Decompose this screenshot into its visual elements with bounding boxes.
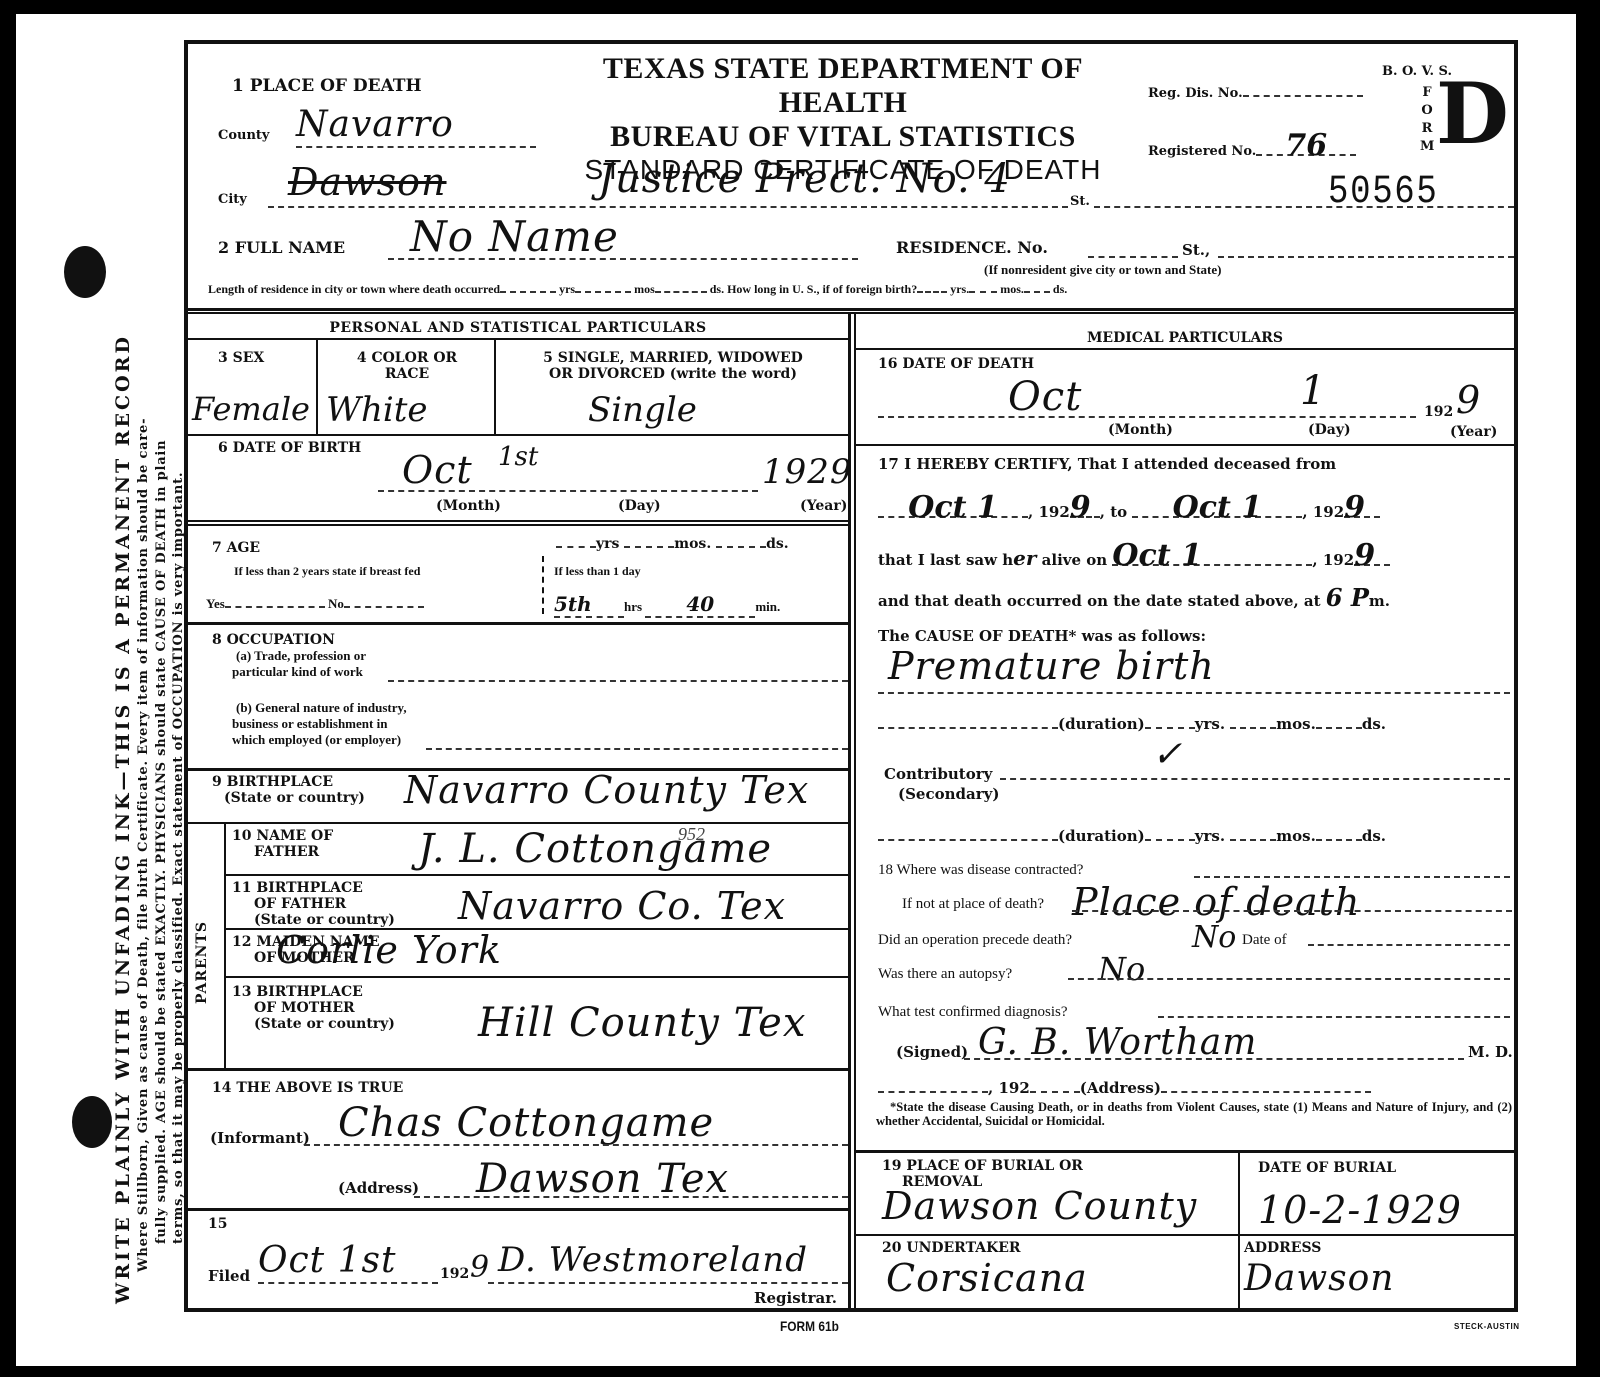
mother-bp-line-3: (State or country): [254, 1016, 395, 1032]
duration-2-ds-label: ds.: [1362, 827, 1386, 845]
father-bp-line-3: (State or country): [254, 912, 395, 928]
autopsy-label: Was there an autopsy?: [878, 966, 1012, 982]
form-vertical-label: FORM: [1420, 84, 1434, 156]
attended-to-field[interactable]: Oct 1: [1132, 500, 1302, 518]
personal-section-title: PERSONAL AND STATISTICAL PARTICULARS: [188, 320, 848, 336]
residence-length-row: Length of residence in city or town wher…: [208, 282, 1067, 297]
mother-bp-line-2: OF MOTHER: [254, 1000, 395, 1016]
md-label: M. D.: [1468, 1044, 1513, 1060]
marital-value[interactable]: Single: [588, 390, 697, 430]
dod-month[interactable]: Oct: [1008, 374, 1082, 420]
registrar-line: [488, 1282, 848, 1284]
residence-length-label: Length of residence in city or town wher…: [208, 282, 500, 296]
occupation-a-line-1: (a) Trade, profession or: [236, 648, 366, 664]
autopsy-value[interactable]: No: [1098, 950, 1145, 988]
age-mos-label: mos.: [674, 536, 711, 552]
row-divider: [188, 1068, 848, 1071]
filed-date-line: [258, 1282, 438, 1284]
father-bp-line-1: 11 BIRTHPLACE: [232, 880, 395, 896]
sig-address-label: (Address): [1080, 1079, 1161, 1097]
residence-yrs-field[interactable]: [500, 291, 556, 293]
printer-mark: STECK-AUSTIN: [1454, 1322, 1520, 1331]
dod-label: 16 DATE OF DEATH: [878, 356, 1034, 372]
certify-text: 17 I HEREBY CERTIFY, That I attended dec…: [878, 456, 1336, 472]
filed-year[interactable]: 9: [470, 1250, 489, 1285]
residence-no-field[interactable]: [1088, 256, 1178, 258]
row-divider: [188, 622, 848, 625]
dod-day[interactable]: 1: [1300, 368, 1326, 414]
file-number: 50565: [1328, 170, 1439, 215]
burial-divider: [1238, 1150, 1240, 1312]
race-marital-divider: [494, 338, 496, 434]
city-struck-value: Dawson: [288, 160, 447, 204]
residence-st-label: St.,: [1182, 242, 1210, 258]
age-hrs-row: 5thhrs 40min.: [554, 592, 780, 618]
informant-value[interactable]: Chas Cottongame: [338, 1100, 714, 1146]
age-yrs-label: yrs: [596, 536, 619, 552]
margin-instruction-line-2: fully supplied. AGE should be stated EXA…: [154, 440, 169, 1244]
occupation-a-line-2: particular kind of work: [232, 664, 366, 680]
mother-birthplace-label: 13 BIRTHPLACEOF MOTHER(State or country): [232, 984, 395, 1032]
full-name-value[interactable]: No Name: [410, 212, 619, 261]
residence-mos-field[interactable]: [575, 291, 631, 293]
duration-1-cause-field[interactable]: [878, 727, 1058, 729]
last-saw-year-prefix: 192: [1323, 551, 1354, 569]
reg-dis-text: Reg. Dis. No.: [1148, 86, 1243, 101]
last-saw-pronoun[interactable]: er: [1013, 546, 1036, 570]
st-line: [1094, 206, 1514, 208]
ink-blot: [64, 246, 106, 298]
race-label-line-2: RACE: [322, 366, 492, 382]
row-divider: [188, 520, 848, 522]
medical-title-divider: [856, 348, 1514, 350]
age-ds-field[interactable]: [716, 546, 766, 548]
attended-to-year-prefix: 192: [1313, 503, 1344, 521]
attended-to-year[interactable]: 9: [1344, 500, 1380, 518]
attended-row: Oct 1, 1929, to Oct 1, 1929: [878, 500, 1380, 520]
dod-year-prefix: 192: [1424, 404, 1453, 420]
informant-heading: 14 THE ABOVE IS TRUE: [212, 1080, 403, 1096]
attended-to-label: to: [1110, 503, 1127, 521]
sig-date-field[interactable]: [878, 1091, 988, 1093]
age-hrs-field[interactable]: 5th: [554, 592, 624, 618]
dob-label: 6 DATE OF BIRTH: [218, 440, 361, 456]
duration-1-mos-field[interactable]: [1230, 727, 1276, 729]
death-time-suffix: m.: [1369, 592, 1390, 610]
informant-line: [304, 1144, 848, 1146]
foreign-yrs-label: yrs.: [950, 282, 969, 296]
attended-from-field[interactable]: Oct 1: [878, 500, 1028, 518]
residence-label: RESIDENCE. No.: [896, 240, 1048, 256]
informant-caption: (Informant): [210, 1130, 310, 1146]
margin-instruction-title: WRITE PLAINLY WITH UNFADING INK—THIS IS …: [112, 334, 134, 1304]
department-title: TEXAS STATE DEPARTMENT OF HEALTH: [538, 52, 1148, 120]
last-saw-date[interactable]: Oct 1: [1112, 548, 1312, 566]
header-divider: [188, 308, 1514, 311]
death-certificate-form: 1 PLACE OF DEATH TEXAS STATE DEPARTMENT …: [184, 40, 1518, 1312]
parents-label: PARENTS: [194, 921, 210, 1004]
county-label: County: [218, 128, 269, 144]
breast-fed-yes-field[interactable]: [225, 606, 325, 608]
duration-row-1: (duration)yrs. mos.ds.: [878, 716, 1386, 732]
sex-value[interactable]: Female: [192, 390, 310, 428]
occupation-b-line-2: business or establishment in: [232, 716, 407, 732]
row-divider-2: [188, 524, 848, 526]
occupation-b-field[interactable]: [426, 748, 848, 750]
age-divider: [542, 556, 544, 614]
dob-day-caption: (Day): [618, 498, 661, 514]
form-number: FORM 61b: [780, 1318, 839, 1334]
residence-yrs-label: yrs: [559, 282, 575, 296]
margin-instruction-line-1: Where Stillborn, Given as cause of Death…: [136, 418, 151, 1272]
undertaker-label: 20 UNDERTAKER: [882, 1240, 1021, 1256]
father-name-value[interactable]: J. L. Cottongame: [418, 826, 772, 872]
row-divider: [224, 976, 848, 978]
breast-fed-no-field[interactable]: [344, 606, 424, 608]
foreign-yrs-field[interactable]: [917, 291, 947, 293]
ink-blot: [72, 1096, 112, 1148]
last-saw-year[interactable]: 9: [1354, 548, 1390, 566]
foreign-birth-label: How long in U. S., if of foreign birth?: [727, 282, 917, 296]
checkmark-icon: ✓: [1152, 734, 1182, 775]
signed-label: (Signed): [896, 1044, 968, 1060]
filed-date[interactable]: Oct 1st: [258, 1240, 396, 1281]
cause-footnote: *State the disease Causing Death, or in …: [876, 1100, 1512, 1128]
dod-year[interactable]: 9: [1456, 378, 1481, 422]
cause-line: [878, 692, 1510, 694]
contracted-label: 18 Where was disease contracted?: [878, 862, 1083, 878]
row-divider: [188, 822, 848, 824]
father-name-label: 10 NAME OFFATHER: [232, 828, 333, 860]
personal-title-divider: [188, 338, 848, 340]
row-divider: [856, 1234, 1514, 1236]
death-time-label: and that death occurred on the date stat…: [878, 592, 1321, 610]
autopsy-line: [1068, 978, 1510, 980]
occupation-b-label: (b) General nature of industry,business …: [236, 700, 407, 748]
dob-year-caption: (Year): [800, 498, 847, 514]
registered-text: Registered No.: [1148, 144, 1256, 159]
duration-2-cause-field[interactable]: [878, 839, 1058, 841]
burial-date-value[interactable]: 10-2-1929: [1258, 1188, 1462, 1232]
dob-month[interactable]: Oct: [402, 448, 473, 492]
age-yrs-field[interactable]: [556, 546, 596, 548]
duration-1-yrs-field[interactable]: [1145, 727, 1195, 729]
city-value[interactable]: Justice Prect. No. 4: [598, 156, 1011, 202]
duration-1-mos-label: mos.: [1276, 715, 1316, 733]
operation-date-label: Date of: [1242, 932, 1287, 948]
father-bp-line-2: OF FATHER: [254, 896, 395, 912]
burial-label-line-1: 19 PLACE OF BURIAL OR: [882, 1158, 1083, 1174]
sig-year-prefix: , 192: [988, 1079, 1030, 1097]
st-label: St.: [1070, 194, 1090, 210]
undertaker-value[interactable]: Corsicana: [886, 1256, 1088, 1300]
breast-fed-no-label: No: [328, 596, 344, 611]
foreign-ds-field[interactable]: [1024, 291, 1050, 293]
birthplace-label-line-1: 9 BIRTHPLACE: [212, 774, 365, 790]
age-min-label: min.: [755, 599, 780, 614]
contributory-label: Contributory: [884, 766, 992, 782]
mother-name-value[interactable]: Corlie York: [276, 928, 502, 972]
header-divider-2: [188, 312, 1514, 314]
operation-value[interactable]: No: [1192, 920, 1236, 955]
place-of-death-label: 1 PLACE OF DEATH: [232, 78, 422, 94]
test-field[interactable]: [1158, 1016, 1510, 1018]
race-label-line-1: 4 COLOR OR: [322, 350, 492, 366]
contracted-value[interactable]: Place of death: [1072, 880, 1360, 924]
contracted-line: [1072, 910, 1512, 912]
burial-date-label: DATE OF BURIAL: [1258, 1160, 1396, 1176]
occupation-b-line-1: (b) General nature of industry,: [236, 700, 407, 716]
residence-st-field[interactable]: [1218, 256, 1514, 258]
cause-label: The CAUSE OF DEATH* was as follows:: [878, 628, 1206, 644]
mother-birthplace-value[interactable]: Hill County Tex: [478, 1000, 806, 1046]
county-line: [296, 146, 536, 148]
nonresident-note: (If nonresident give city or town and St…: [984, 262, 1222, 278]
duration-2-ds-field[interactable]: [1316, 839, 1362, 841]
dob-line: [378, 490, 758, 492]
row-divider: [224, 874, 848, 876]
parents-divider: [224, 822, 226, 1070]
duration-2-mos-label: mos.: [1276, 827, 1316, 845]
death-time-value[interactable]: 6 P: [1326, 583, 1369, 612]
age-min-field[interactable]: 40: [645, 592, 755, 618]
city-line: [268, 206, 1068, 208]
duration-2-yrs-field[interactable]: [1145, 839, 1195, 841]
reg-dis-field[interactable]: [1243, 95, 1363, 97]
birthplace-label-line-2: (State or country): [224, 790, 365, 806]
father-birthplace-label: 11 BIRTHPLACEOF FATHER(State or country): [232, 880, 395, 928]
informant-address-line: [414, 1196, 848, 1198]
duration-2-mos-field[interactable]: [1230, 839, 1276, 841]
age-less-day-label: If less than 1 day: [554, 564, 641, 579]
duration-row-2: (duration)yrs. mos.ds.: [878, 828, 1386, 844]
foreign-ds-label: ds.: [1053, 282, 1067, 296]
row-divider: [188, 434, 848, 436]
foreign-mos-field[interactable]: [969, 291, 997, 293]
full-name-label: 2 FULL NAME: [218, 240, 345, 256]
father-label-line-1: 10 NAME OF: [232, 828, 333, 844]
document-page: WRITE PLAINLY WITH UNFADING INK—THIS IS …: [16, 14, 1576, 1366]
father-label-line-2: FATHER: [254, 844, 333, 860]
age-label: 7 AGE: [212, 540, 260, 556]
dob-day[interactable]: 1st: [498, 442, 538, 472]
row-divider: [188, 1208, 848, 1211]
duration-1-ds-field[interactable]: [1316, 727, 1362, 729]
birthplace-value[interactable]: Navarro County Tex: [404, 768, 809, 812]
duration-2-yrs-label: yrs.: [1195, 827, 1225, 845]
duration-1-yrs-label: yrs.: [1195, 715, 1225, 733]
secondary-label: (Secondary): [898, 786, 999, 802]
residence-ds-label: ds.: [710, 282, 724, 296]
sig-date-row: , 192(Address): [878, 1080, 1371, 1096]
county-value[interactable]: Navarro: [296, 104, 454, 145]
father-birthplace-value[interactable]: Navarro Co. Tex: [458, 884, 786, 928]
sig-year-field[interactable]: [1030, 1091, 1080, 1093]
marital-label-line-2: OR DIVORCED (write the word): [498, 366, 848, 382]
city-label: City: [218, 192, 247, 208]
signed-line: [964, 1058, 1464, 1060]
dod-day-caption: (Day): [1308, 422, 1351, 438]
marital-label-line-1: 5 SINGLE, MARRIED, WIDOWED: [498, 350, 848, 366]
age-ds-label: ds.: [766, 536, 789, 552]
age-hrs-label: hrs: [624, 599, 642, 614]
occupation-label: 8 OCCUPATION: [212, 632, 335, 648]
occupation-b-line-3: which employed (or employer): [232, 732, 407, 748]
sex-race-divider: [316, 338, 318, 434]
duration-1-ds-label: ds.: [1362, 715, 1386, 733]
registrar-label: Registrar.: [754, 1290, 837, 1306]
dod-month-caption: (Month): [1108, 422, 1173, 438]
race-value[interactable]: White: [326, 390, 428, 430]
age-breast-fed-label: If less than 2 years state if breast fed: [234, 564, 420, 579]
form-letter-d: D: [1436, 72, 1509, 156]
mother-bp-line-1: 13 BIRTHPLACE: [232, 984, 395, 1000]
filed-number: 15: [208, 1216, 227, 1232]
registrar-signature[interactable]: D. Westmoreland: [498, 1240, 808, 1280]
operation-date-field[interactable]: [1308, 944, 1510, 946]
burial-place-value[interactable]: Dawson County: [882, 1184, 1197, 1228]
test-label: What test confirmed diagnosis?: [878, 1004, 1068, 1020]
occupation-a-field[interactable]: [388, 680, 848, 682]
last-saw-row: that I last saw her alive on Oct 1, 1929: [878, 548, 1390, 568]
breast-fed-row: Yes No: [206, 596, 424, 612]
last-saw-label-2: alive on: [1042, 551, 1108, 569]
foreign-mos-label: mos.: [1000, 282, 1024, 296]
filed-label: Filed: [208, 1268, 250, 1284]
operation-label: Did an operation precede death?: [878, 932, 1072, 948]
undertaker-address-value[interactable]: Dawson: [1244, 1258, 1394, 1299]
not-at-place-label: If not at place of death?: [902, 896, 1044, 912]
dob-month-caption: (Month): [436, 498, 501, 514]
registered-no-label: Registered No.76: [1148, 138, 1356, 160]
row-divider: [856, 1150, 1514, 1153]
dod-year-caption: (Year): [1450, 424, 1497, 440]
birthplace-label: 9 BIRTHPLACE(State or country): [212, 774, 365, 806]
full-name-line: [388, 258, 858, 260]
occupation-a-label: (a) Trade, profession orparticular kind …: [236, 648, 366, 680]
filed-year-prefix: 192: [440, 1266, 469, 1282]
physician-signature[interactable]: G. B. Wortham: [978, 1022, 1257, 1063]
bureau-title: BUREAU OF VITAL STATISTICS: [538, 120, 1148, 154]
column-divider-2: [854, 312, 856, 1312]
reg-dis-label: Reg. Dis. No.: [1148, 86, 1363, 102]
registered-no-field[interactable]: 76: [1256, 138, 1356, 156]
row-divider: [856, 444, 1514, 446]
duration-2-label: (duration): [1058, 827, 1145, 845]
informant-address-caption: (Address): [338, 1180, 419, 1196]
residence-ds-field[interactable]: [655, 291, 707, 293]
medical-section-title: MEDICAL PARTICULARS: [856, 330, 1514, 346]
dob-year[interactable]: 1929: [762, 452, 853, 492]
sig-address-field[interactable]: [1161, 1091, 1371, 1093]
attended-from-year[interactable]: 9: [1070, 500, 1100, 518]
marital-label: 5 SINGLE, MARRIED, WIDOWEDOR DIVORCED (w…: [498, 350, 848, 382]
contracted-field[interactable]: [1194, 876, 1510, 878]
last-saw-label-1: that I last saw h: [878, 551, 1013, 569]
cause-value[interactable]: Premature birth: [888, 644, 1215, 688]
age-yrs-row: yrs mos. ds.: [556, 536, 789, 552]
undertaker-address-label: ADDRESS: [1244, 1240, 1321, 1256]
age-mos-field[interactable]: [624, 546, 674, 548]
race-label: 4 COLOR ORRACE: [322, 350, 492, 382]
death-time-row: and that death occurred on the date stat…: [878, 590, 1390, 609]
sex-label: 3 SEX: [218, 350, 264, 366]
contributory-field[interactable]: [1000, 778, 1510, 780]
duration-1-label: (duration): [1058, 715, 1145, 733]
attended-from-year-prefix: 192: [1038, 503, 1069, 521]
residence-mos-label: mos: [634, 282, 655, 296]
dod-line: [878, 416, 1416, 418]
breast-fed-yes-label: Yes: [206, 596, 225, 611]
